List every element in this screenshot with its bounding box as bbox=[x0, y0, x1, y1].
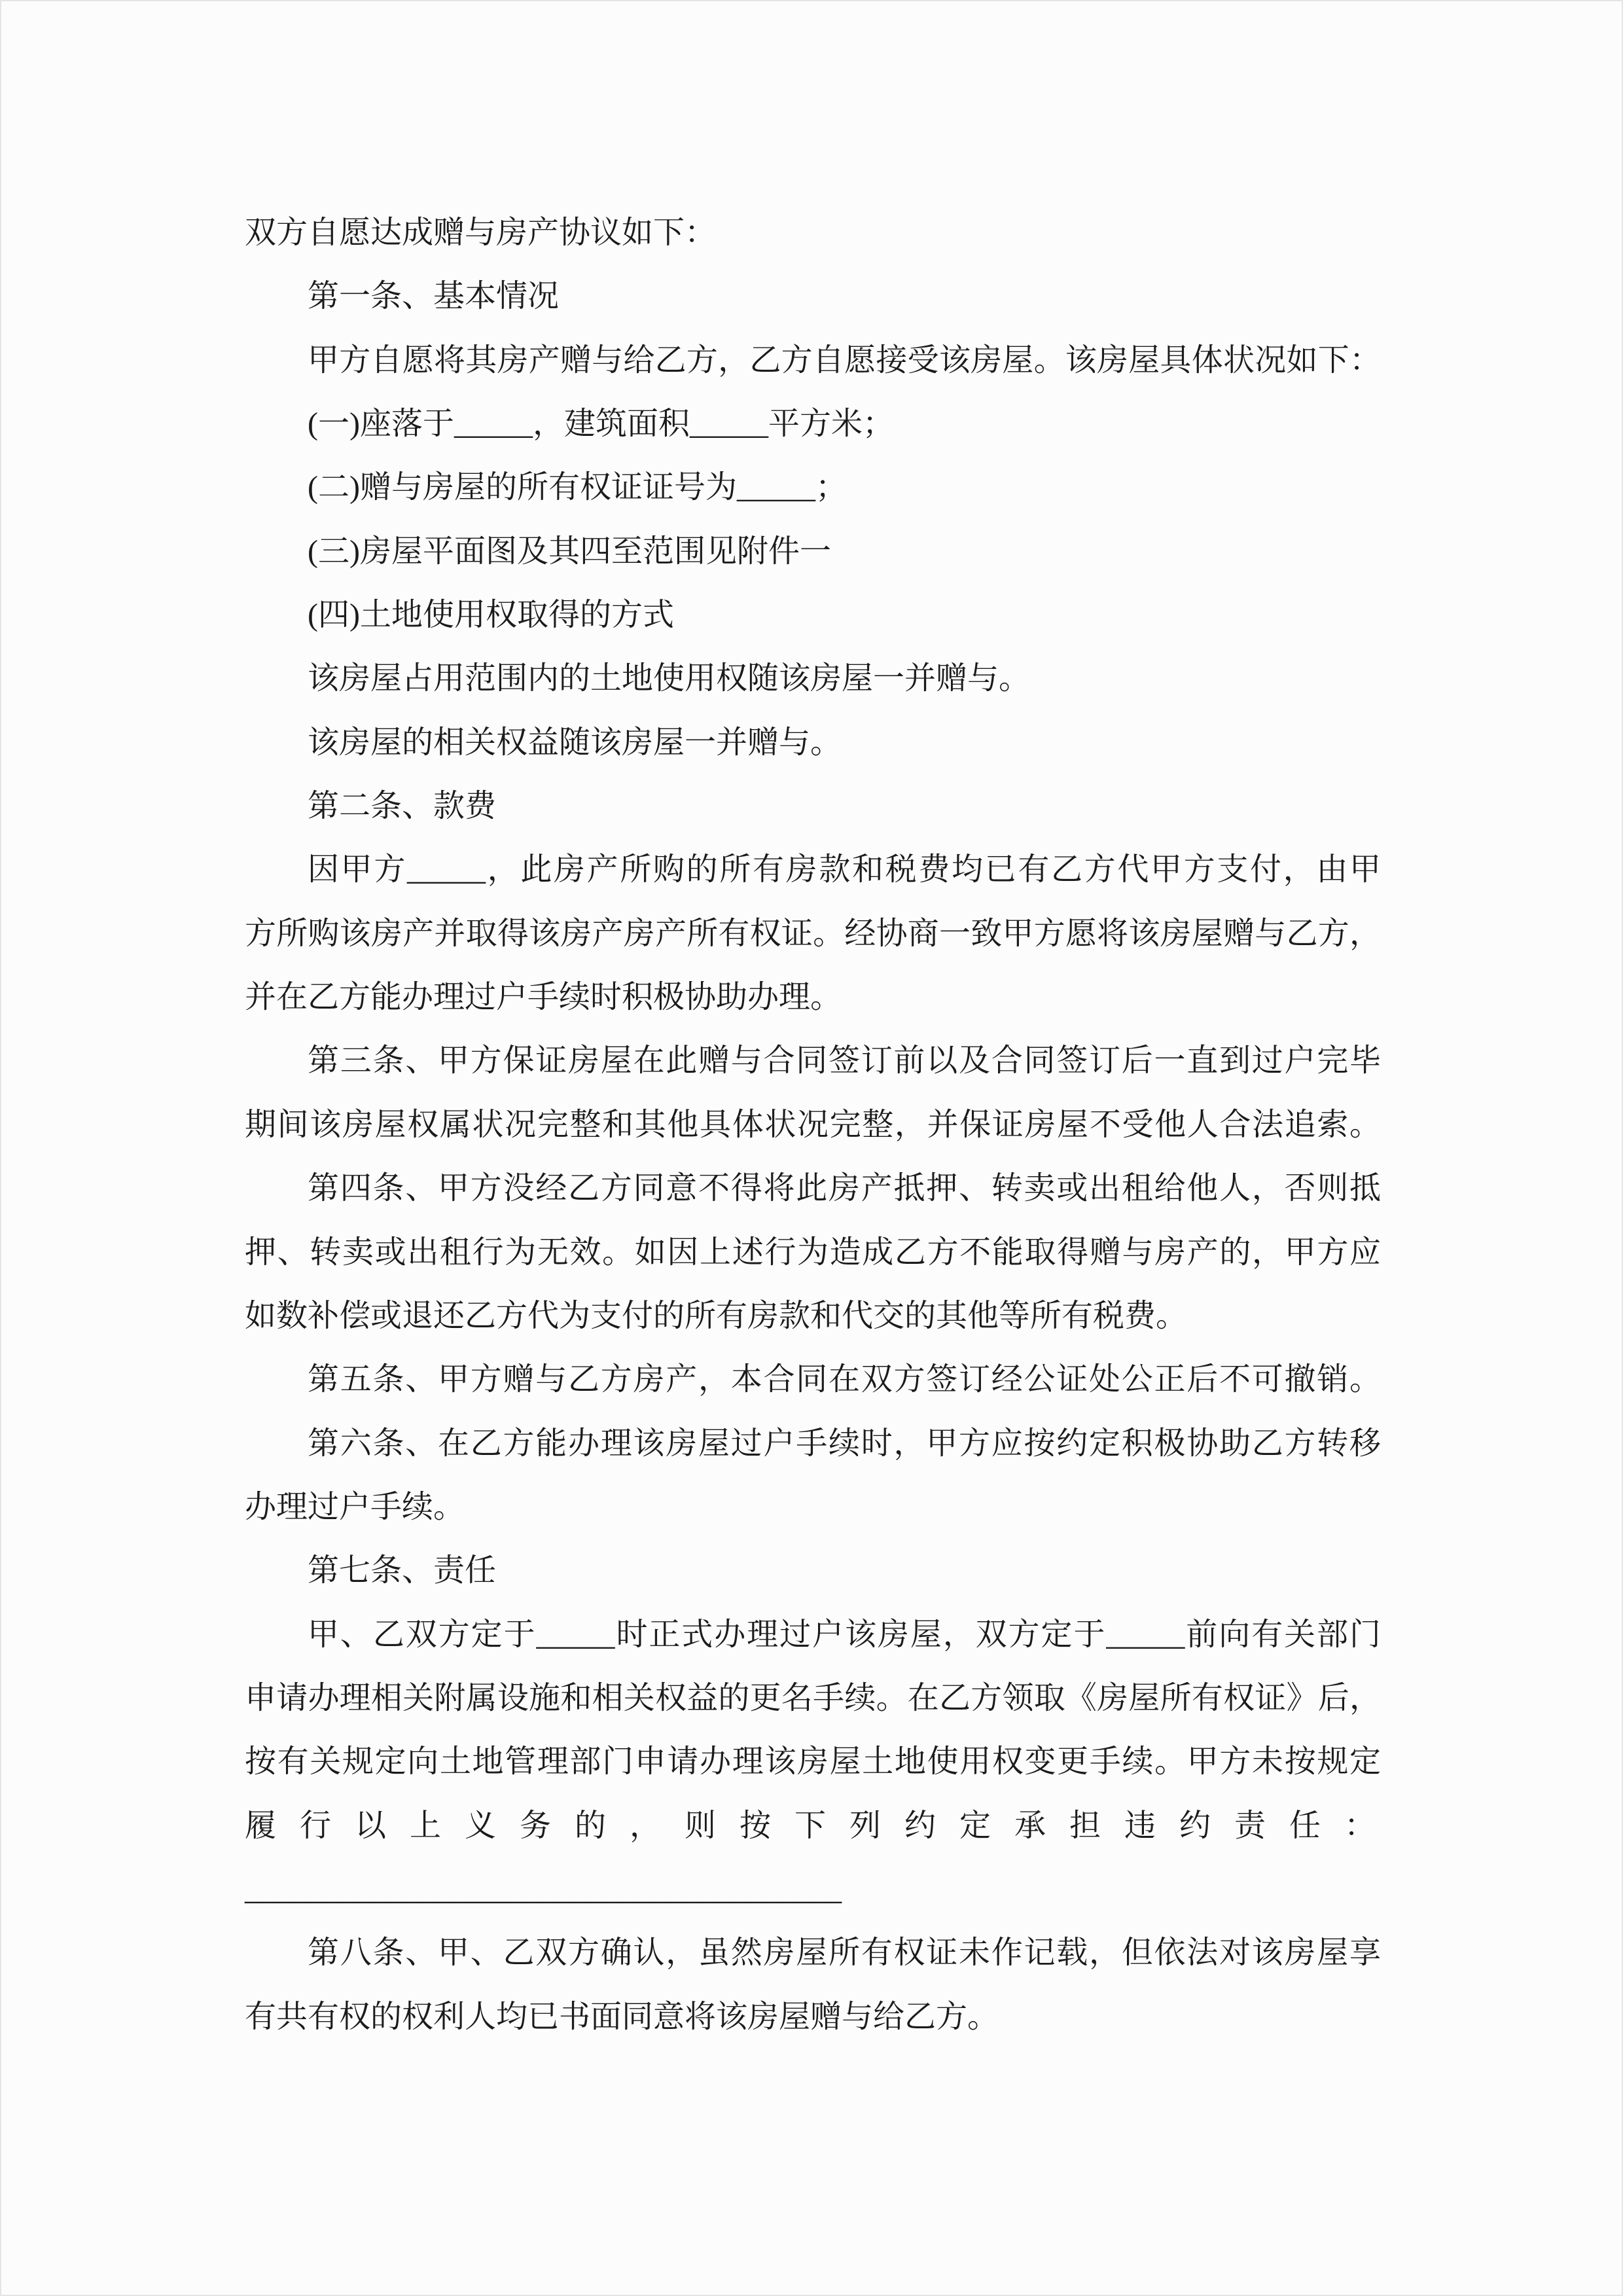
contract-line: 按有关规定向土地管理部门申请办理该房屋土地使用权变更手续。甲方未按规定 bbox=[245, 1730, 1381, 1793]
contract-line: 并在乙方能办理过户手续时积极协助办理。 bbox=[245, 965, 1381, 1029]
contract-line: 第五条、甲方赠与乙方房产，本合同在双方签订经公证处公正后不可撤销。 bbox=[245, 1348, 1381, 1411]
contract-line: 甲、乙双方定于_____时正式办理过户该房屋，双方定于_____前向有关部门 bbox=[245, 1603, 1381, 1666]
contract-line: 押、转卖或出租行为无效。如因上述行为造成乙方不能取得赠与房产的，甲方应 bbox=[245, 1221, 1381, 1284]
contract-line: 第四条、甲方没经乙方同意不得将此房产抵押、转卖或出租给他人，否则抵 bbox=[245, 1157, 1381, 1220]
contract-line: 如数补偿或退还乙方代为支付的所有房款和代交的其他等所有税费。 bbox=[245, 1284, 1381, 1348]
contract-line: 甲方自愿将其房产赠与给乙方，乙方自愿接受该房屋。该房屋具体状况如下： bbox=[245, 329, 1381, 392]
contract-line: 第八条、甲、乙双方确认，虽然房屋所有权证未作记载，但依法对该房屋享 bbox=[245, 1921, 1381, 1984]
contract-line: 期间该房屋权属状况完整和其他具体状况完整，并保证房屋不受他人合法追索。 bbox=[245, 1093, 1381, 1157]
contract-line: 办理过户手续。 bbox=[245, 1475, 1381, 1539]
contract-line: 第七条、责任 bbox=[245, 1539, 1381, 1602]
contract-line: 双方自愿达成赠与房产协议如下： bbox=[245, 201, 1381, 264]
contract-line: 申请办理相关附属设施和相关权益的更名手续。在乙方领取《房屋所有权证》后， bbox=[245, 1666, 1381, 1730]
contract-line: (四)土地使用权取得的方式 bbox=[245, 583, 1381, 647]
document-page: 双方自愿达成赠与房产协议如下：第一条、基本情况甲方自愿将其房产赠与给乙方，乙方自… bbox=[0, 0, 1623, 2296]
contract-line: 因甲方_____，此房产所购的所有房款和税费均已有乙方代甲方支付，由甲 bbox=[245, 838, 1381, 901]
contract-line: (二)赠与房屋的所有权证证号为_____； bbox=[245, 456, 1381, 519]
contract-line: 第三条、甲方保证房屋在此赠与合同签订前以及合同签订后一直到过户完毕 bbox=[245, 1029, 1381, 1092]
contract-line: (三)房屋平面图及其四至范围见附件一 bbox=[245, 520, 1381, 583]
contract-line: 方所购该房产并取得该房产房产所有权证。经协商一致甲方愿将该房屋赠与乙方， bbox=[245, 902, 1381, 965]
contract-line: 该房屋的相关权益随该房屋一并赠与。 bbox=[245, 711, 1381, 774]
contract-line: 该房屋占用范围内的土地使用权随该房屋一并赠与。 bbox=[245, 647, 1381, 710]
contract-text: 双方自愿达成赠与房产协议如下：第一条、基本情况甲方自愿将其房产赠与给乙方，乙方自… bbox=[245, 201, 1381, 2049]
contract-line: (一)座落于_____，建筑面积_____平方米； bbox=[245, 392, 1381, 456]
contract-line: 履行以上义务的，则按下列约定承担违约责任： bbox=[245, 1794, 1381, 1857]
contract-line: 第二条、款费 bbox=[245, 774, 1381, 838]
contract-line: 第一条、基本情况 bbox=[245, 264, 1381, 328]
contract-line: ______________________________________ bbox=[245, 1857, 1381, 1921]
contract-line: 第六条、在乙方能办理该房屋过户手续时，甲方应按约定积极协助乙方转移 bbox=[245, 1412, 1381, 1475]
contract-line: 有共有权的权利人均已书面同意将该房屋赠与给乙方。 bbox=[245, 1985, 1381, 2049]
